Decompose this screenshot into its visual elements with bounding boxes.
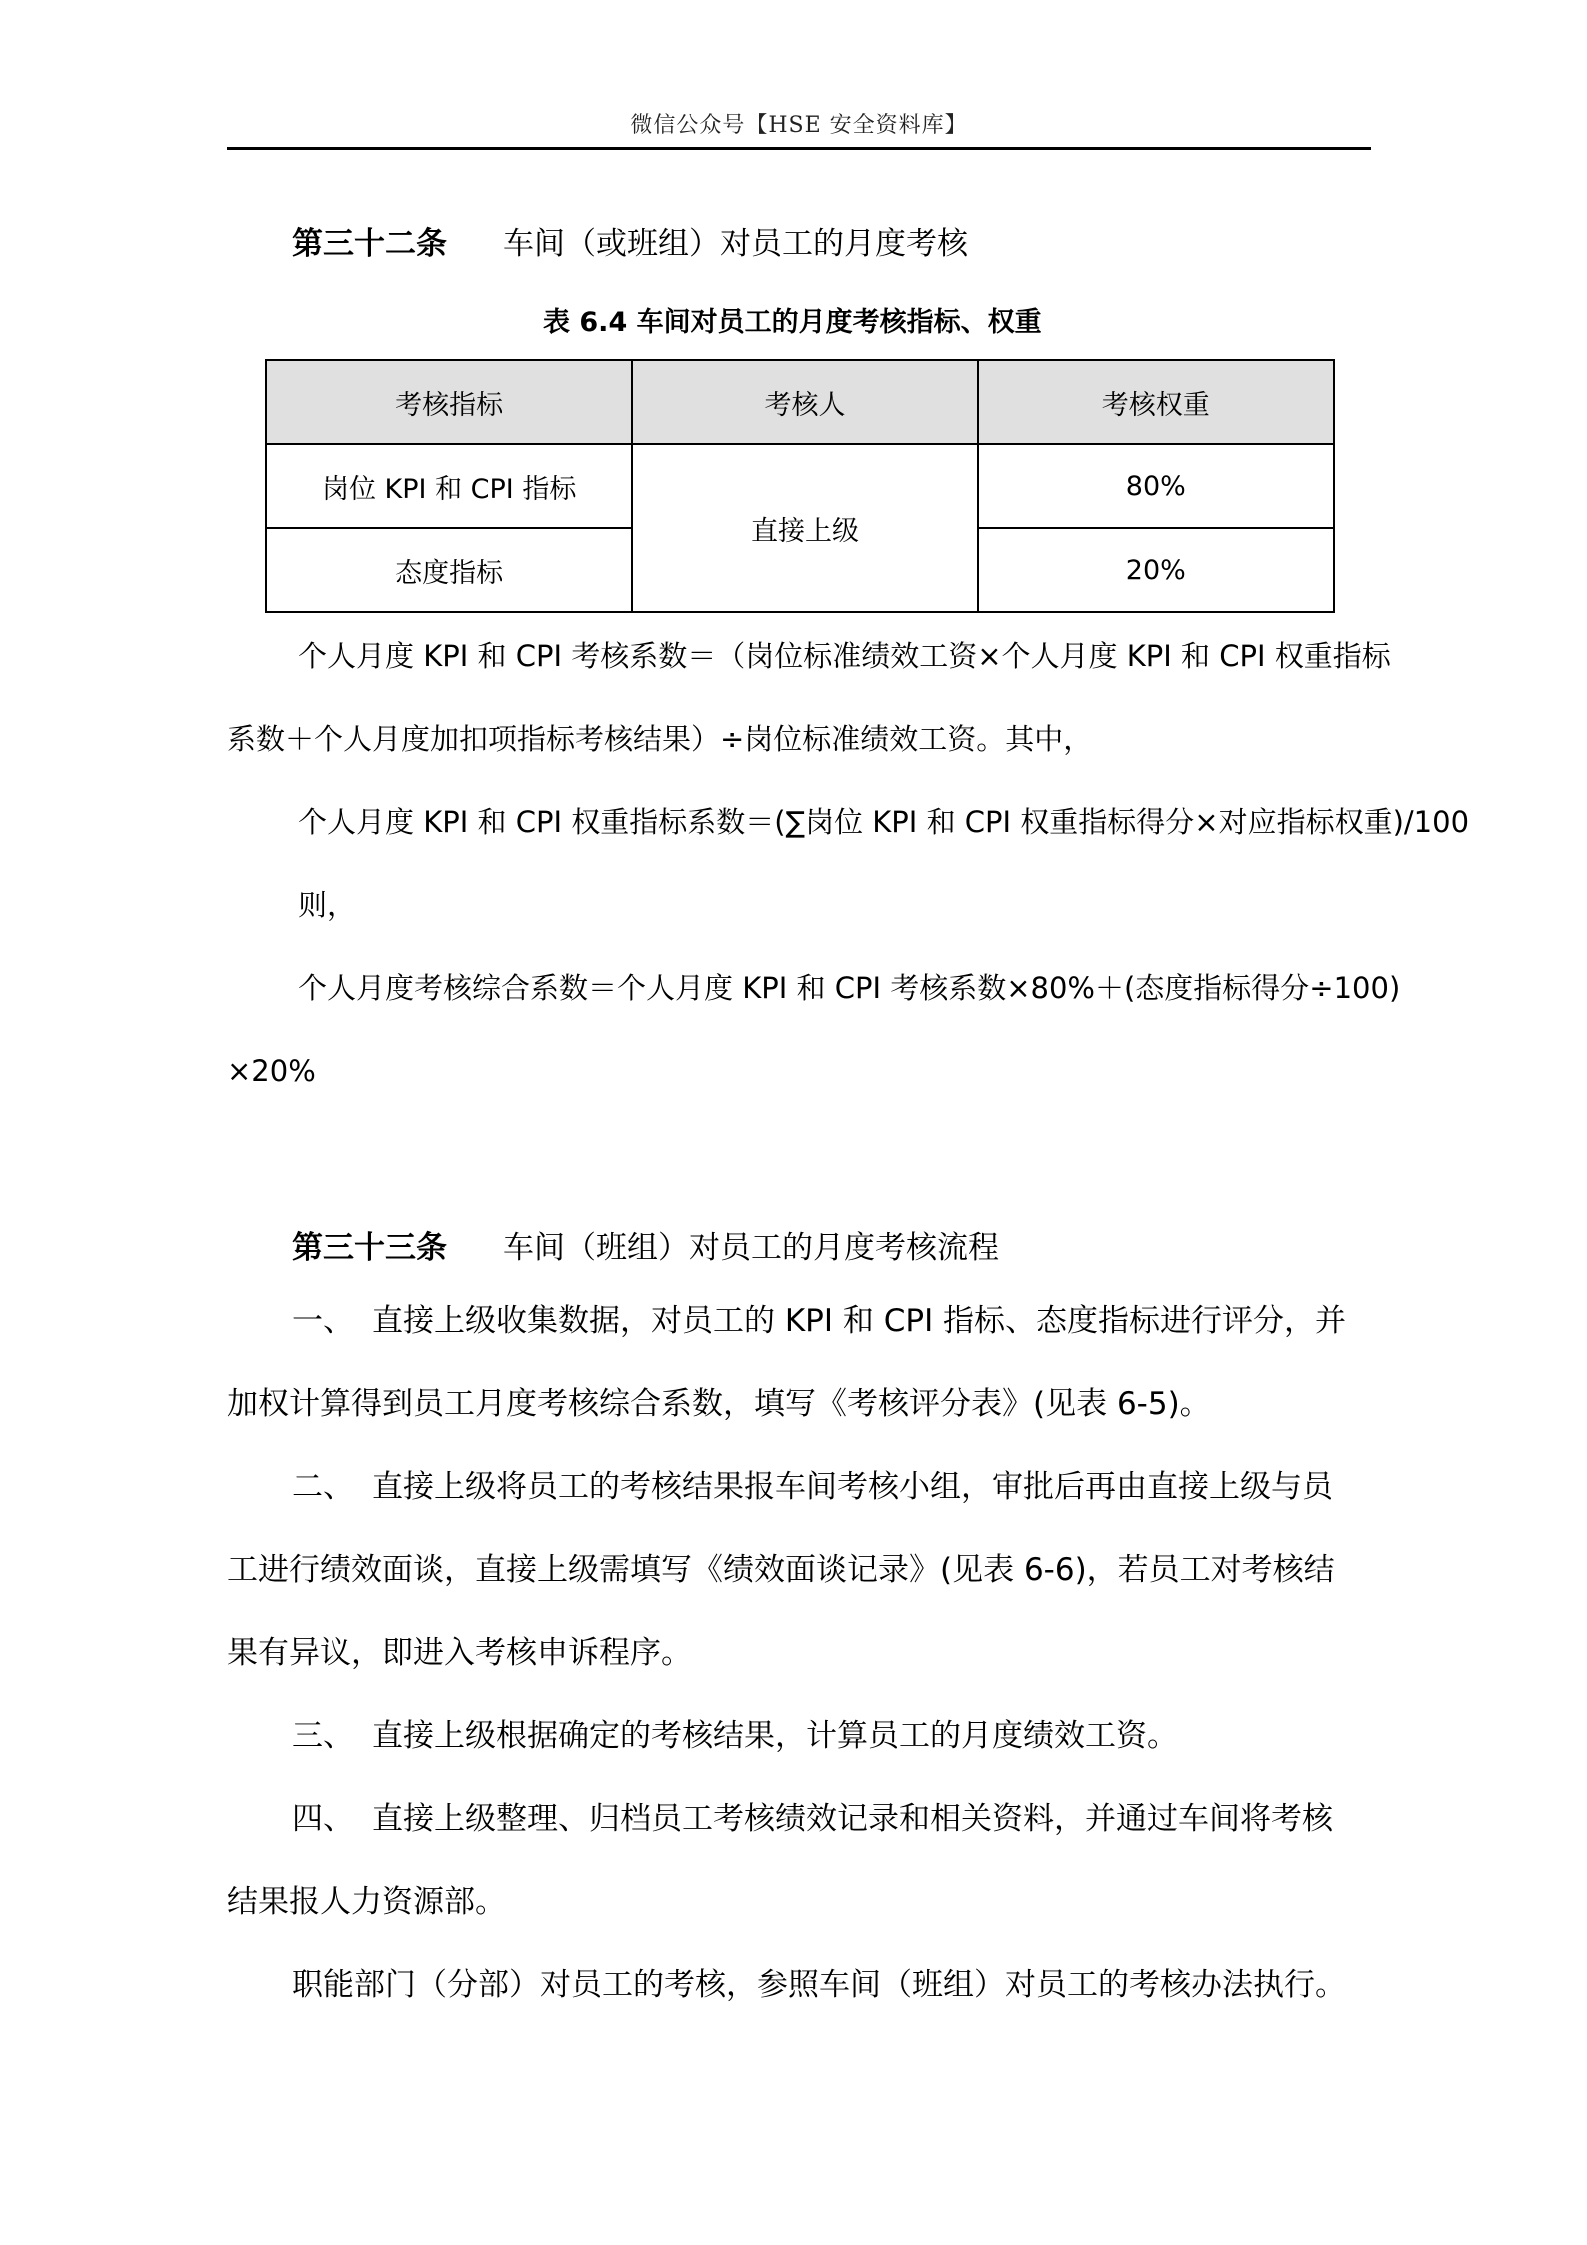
article-33-title: 车间（班组）对员工的月度考核流程 — [503, 1230, 999, 1266]
article-32-heading: 第三十二条车间（或班组）对员工的月度考核 — [292, 218, 968, 263]
list-item-1-continued: 加权计算得到员工月度考核综合系数，填写《考核评分表》(见表 6-5)。 — [227, 1389, 1211, 1420]
weight-cell: 80% — [978, 444, 1334, 528]
table-caption: 表 6.4 车间对员工的月度考核指标、权重 — [543, 300, 1042, 339]
article-32-title: 车间（或班组）对员工的月度考核 — [503, 226, 968, 262]
formula-2: 个人月度 KPI 和 CPI 权重指标系数＝(∑岗位 KPI 和 CPI 权重指… — [298, 808, 1469, 837]
indicator-cell: 态度指标 — [266, 528, 632, 612]
column-header: 考核权重 — [978, 360, 1334, 444]
closing-paragraph: 职能部门（分部）对员工的考核，参照车间（班组）对员工的考核办法执行。 — [292, 1970, 1346, 2001]
list-item-2-continued: 果有异议，即进入考核申诉程序。 — [227, 1638, 692, 1669]
list-item-label: 一、 — [292, 1306, 372, 1337]
article-32-number: 第三十二条 — [292, 226, 447, 262]
list-item-label: 四、 — [292, 1804, 372, 1835]
header-rule — [227, 147, 1371, 150]
list-item-text: 直接上级整理、归档员工考核绩效记录和相关资料，并通过车间将考核 — [372, 1801, 1333, 1837]
table-header-row: 考核指标 考核人 考核权重 — [266, 360, 1334, 444]
list-item-text: 直接上级收集数据，对员工的 KPI 和 CPI 指标、态度指标进行评分，并 — [372, 1303, 1346, 1339]
list-item-2-continued: 工进行绩效面谈，直接上级需填写《绩效面谈记录》(见表 6-6)，若员工对考核结 — [227, 1555, 1335, 1586]
list-item-1: 一、直接上级收集数据，对员工的 KPI 和 CPI 指标、态度指标进行评分，并 — [292, 1306, 1346, 1337]
formula-1-line-2: 系数＋个人月度加扣项指标考核结果）÷岗位标准绩效工资。其中， — [227, 725, 1092, 754]
column-header: 考核人 — [632, 360, 977, 444]
page-header-title: 微信公众号【HSE 安全资料库】 — [227, 108, 1371, 139]
article-33-number: 第三十三条 — [292, 1230, 447, 1266]
list-item-label: 三、 — [292, 1721, 372, 1752]
formula-3-line-2: ×20% — [227, 1057, 316, 1086]
list-item-label: 二、 — [292, 1472, 372, 1503]
list-item-text: 直接上级将员工的考核结果报车间考核小组，审批后再由直接上级与员 — [372, 1469, 1333, 1505]
formula-1-line-1: 个人月度 KPI 和 CPI 考核系数＝（岗位标准绩效工资×个人月度 KPI 和… — [298, 642, 1391, 671]
indicator-cell: 岗位 KPI 和 CPI 指标 — [266, 444, 632, 528]
kpi-weight-table: 考核指标 考核人 考核权重 岗位 KPI 和 CPI 指标 直接上级 80% 态… — [265, 359, 1335, 613]
list-item-4-continued: 结果报人力资源部。 — [227, 1887, 506, 1918]
column-header: 考核指标 — [266, 360, 632, 444]
weight-cell: 20% — [978, 528, 1334, 612]
list-item-4: 四、直接上级整理、归档员工考核绩效记录和相关资料，并通过车间将考核 — [292, 1804, 1333, 1835]
list-item-3: 三、直接上级根据确定的考核结果，计算员工的月度绩效工资。 — [292, 1721, 1178, 1752]
formula-3-line-1: 个人月度考核综合系数＝个人月度 KPI 和 CPI 考核系数×80%＋(态度指标… — [298, 974, 1400, 1003]
article-33-heading: 第三十三条车间（班组）对员工的月度考核流程 — [292, 1222, 999, 1267]
list-item-text: 直接上级根据确定的考核结果，计算员工的月度绩效工资。 — [372, 1718, 1178, 1754]
assessor-cell: 直接上级 — [632, 444, 977, 612]
list-item-2: 二、直接上级将员工的考核结果报车间考核小组，审批后再由直接上级与员 — [292, 1472, 1333, 1503]
formula-connector: 则， — [298, 891, 356, 920]
table-row: 岗位 KPI 和 CPI 指标 直接上级 80% — [266, 444, 1334, 528]
